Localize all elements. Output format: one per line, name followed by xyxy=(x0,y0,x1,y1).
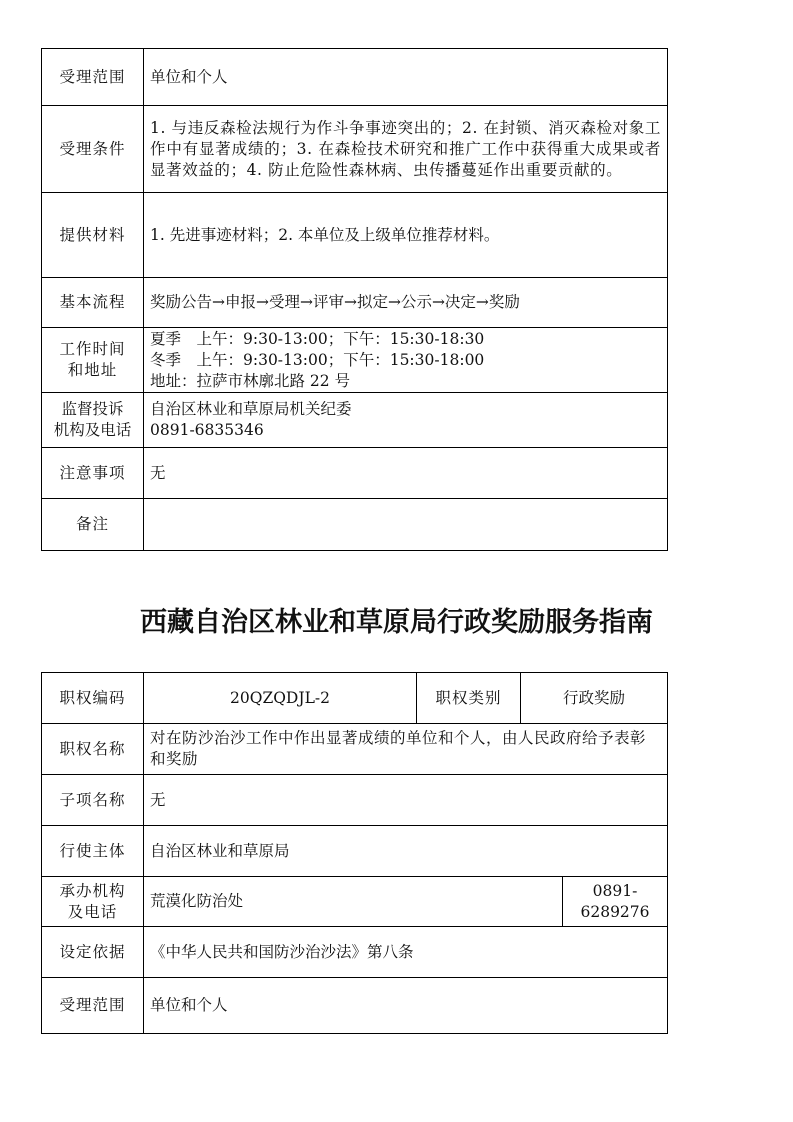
row-label: 注意事项 xyxy=(42,448,144,499)
category-value: 行政奖励 xyxy=(521,673,668,724)
table-row: 监督投诉 机构及电话 自治区林业和草原局机关纪委 0891-6835346 xyxy=(42,393,668,448)
row-value: 无 xyxy=(144,448,668,499)
subject-label: 行使主体 xyxy=(42,826,144,877)
supervision-agency: 自治区林业和草原局机关纪委 xyxy=(150,399,661,420)
row-label: 提供材料 xyxy=(42,193,144,278)
table-row: 承办机构 及电话 荒漠化防治处 0891-6289276 xyxy=(42,877,668,927)
hours-summer: 夏季 上午：9:30-13:00；下午：15:30-18:30 xyxy=(150,329,661,350)
table-row: 受理范围 单位和个人 xyxy=(42,49,668,106)
row-value: 1. 与违反森检法规行为作斗争事迹突出的；2. 在封锁、消灭森检对象工作中有显著… xyxy=(144,106,668,193)
row-value: 奖励公告→申报→受理→评审→拟定→公示→决定→奖励 xyxy=(144,278,668,328)
table-row: 行使主体 自治区林业和草原局 xyxy=(42,826,668,877)
table-row: 基本流程 奖励公告→申报→受理→评审→拟定→公示→决定→奖励 xyxy=(42,278,668,328)
row-value xyxy=(144,499,668,551)
row-label: 受理范围 xyxy=(42,49,144,106)
row-label: 基本流程 xyxy=(42,278,144,328)
hours-winter: 冬季 上午：9:30-13:00；下午：15:30-18:00 xyxy=(150,350,661,371)
basis-value: 《中华人民共和国防沙治沙法》第八条 xyxy=(144,927,668,978)
label-line: 和地址 xyxy=(44,360,141,381)
name-value: 对在防沙治沙工作中作出显著成绩的单位和个人，由人民政府给予表彰和奖励 xyxy=(144,724,668,775)
code-value: 20QZQDJL-2 xyxy=(144,673,417,724)
row-value: 夏季 上午：9:30-13:00；下午：15:30-18:30 冬季 上午：9:… xyxy=(144,328,668,393)
table-row: 提供材料 1. 先进事迹材料；2. 本单位及上级单位推荐材料。 xyxy=(42,193,668,278)
row-label: 受理条件 xyxy=(42,106,144,193)
name-label: 职权名称 xyxy=(42,724,144,775)
row-label: 监督投诉 机构及电话 xyxy=(42,393,144,448)
table-row: 受理条件 1. 与违反森检法规行为作斗争事迹突出的；2. 在封锁、消灭森检对象工… xyxy=(42,106,668,193)
table-row: 职权名称 对在防沙治沙工作中作出显著成绩的单位和个人，由人民政府给予表彰和奖励 xyxy=(42,724,668,775)
label-line: 工作时间 xyxy=(44,339,141,360)
label-line: 机构及电话 xyxy=(44,420,141,441)
label-line: 监督投诉 xyxy=(44,399,141,420)
basis-label: 设定依据 xyxy=(42,927,144,978)
row-label: 工作时间 和地址 xyxy=(42,328,144,393)
table-row: 备注 xyxy=(42,499,668,551)
table-row: 职权编码 20QZQDJL-2 职权类别 行政奖励 xyxy=(42,673,668,724)
service-guide-table: 职权编码 20QZQDJL-2 职权类别 行政奖励 职权名称 对在防沙治沙工作中… xyxy=(41,672,668,1034)
subitem-value: 无 xyxy=(144,775,668,826)
label-line: 承办机构 xyxy=(44,881,141,902)
supervision-phone: 0891-6835346 xyxy=(150,420,661,441)
label-line: 及电话 xyxy=(44,902,141,923)
agency-label: 承办机构 及电话 xyxy=(42,877,144,927)
scope-value: 单位和个人 xyxy=(144,978,668,1034)
scope-label: 受理范围 xyxy=(42,978,144,1034)
subject-value: 自治区林业和草原局 xyxy=(144,826,668,877)
page-title: 西藏自治区林业和草原局行政奖励服务指南 xyxy=(0,600,793,639)
category-label: 职权类别 xyxy=(417,673,521,724)
table-row: 子项名称 无 xyxy=(42,775,668,826)
table-row: 受理范围 单位和个人 xyxy=(42,978,668,1034)
row-value: 1. 先进事迹材料；2. 本单位及上级单位推荐材料。 xyxy=(144,193,668,278)
table-row: 注意事项 无 xyxy=(42,448,668,499)
row-value: 单位和个人 xyxy=(144,49,668,106)
table-row: 设定依据 《中华人民共和国防沙治沙法》第八条 xyxy=(42,927,668,978)
agency-phone: 0891-6289276 xyxy=(563,877,668,927)
code-label: 职权编码 xyxy=(42,673,144,724)
row-label: 备注 xyxy=(42,499,144,551)
row-value: 自治区林业和草原局机关纪委 0891-6835346 xyxy=(144,393,668,448)
subitem-label: 子项名称 xyxy=(42,775,144,826)
agency-value: 荒漠化防治处 xyxy=(144,877,563,927)
service-guide-table-continued: 受理范围 单位和个人 受理条件 1. 与违反森检法规行为作斗争事迹突出的；2. … xyxy=(41,48,668,551)
table-row: 工作时间 和地址 夏季 上午：9:30-13:00；下午：15:30-18:30… xyxy=(42,328,668,393)
address: 地址：拉萨市林廓北路 22 号 xyxy=(150,371,661,392)
